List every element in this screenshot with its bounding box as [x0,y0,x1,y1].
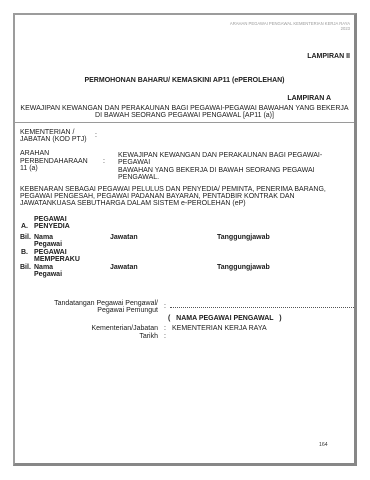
tarikh-label: Tarikh [15,333,158,340]
section-a-col-nama-line2: Pegawai [34,241,62,248]
watermark-line1: ARAHAN PEGAWAI PENGAWAL KEMENTERIAN KERJ… [230,21,350,26]
section-a-col-bil: Bil. [20,234,31,241]
section-a-letter: A. [21,223,28,230]
tarikh-colon: : [164,333,166,340]
signature-dotted-line [170,307,354,308]
section-b-letter: B. [21,249,28,256]
form-page: ARAHAN PEGAWAI PENGAWAL KEMENTERIAN KERJ… [13,13,357,466]
signature-label-line1: Tandatangan Pegawai Pengawal/ [15,300,158,307]
section-b-title-line2: MEMPERAKU [34,256,80,263]
section-divider-line [15,122,354,123]
lampiran-a-label: LAMPIRAN A [287,95,331,102]
page-number: 164 [319,442,328,448]
section-b-col-jawatan: Jawatan [110,264,138,271]
lampiran-ii-label: LAMPIRAN II [307,53,350,60]
arahan-label-line1: ARAHAN [20,150,88,158]
subtitle-line2: DI BAWAH SEORANG PEGAWAI PENGAWAL [AP11 … [15,112,354,120]
signature-name-caption: ( NAMA PEGAWAI PENGAWAL ) [168,315,282,322]
form-title: PERMOHONAN BAHARU/ KEMASKINI AP11 (ePERO… [15,77,354,84]
kementerian-sign-colon: : [164,325,166,332]
section-b-col-bil: Bil. [20,264,31,271]
arahan-value: KEWAJIPAN KEWANGAN DAN PERAKAUNAN BAGI P… [118,152,354,182]
watermark-line2: 2023 [230,26,350,31]
document-watermark: ARAHAN PEGAWAI PENGAWAL KEMENTERIAN KERJ… [230,21,350,32]
arahan-label-line2: PERBENDAHARAAN [20,158,88,166]
subtitle-line1: KEWAJIPAN KEWANGAN DAN PERAKAUNAN BAGI P… [15,105,354,113]
form-subtitle: KEWAJIPAN KEWANGAN DAN PERAKAUNAN BAGI P… [15,105,354,120]
section-b-col-nama-line2: Pegawai [34,271,62,278]
kementerian-jabatan-sign-label: Kementerian/Jabatan [15,325,158,332]
kebenaran-line1: KEBENARAN SEBAGAI PEGAWAI PELULUS DAN PE… [20,186,326,193]
signature-label-line2: Pegawai Pemungut [15,307,158,314]
arahan-perbendaharaan-label: ARAHAN PERBENDAHARAAN 11 (a) [20,150,88,173]
section-b-col-tanggungjawab: Tanggungjawab [217,264,270,271]
section-a-col-nama-line1: Nama [34,234,53,241]
section-a-col-tanggungjawab: Tanggungjawab [217,234,270,241]
arahan-value-line1: KEWAJIPAN KEWANGAN DAN PERAKAUNAN BAGI P… [118,152,354,167]
kebenaran-line3: JAWATANKUASA SEBUTHARGA DALAM SISTEM e-P… [20,200,326,207]
kementerian-colon: : [95,132,97,139]
arahan-label-line3: 11 (a) [20,165,88,173]
section-b-title-line1: PEGAWAI [34,249,67,256]
section-a-title-line1: PEGAWAI [34,216,67,223]
kementerian-sign-value: KEMENTERIAN KERJA RAYA [172,325,267,332]
kementerian-label-line1: KEMENTERIAN / [20,129,87,137]
arahan-colon: : [103,158,105,165]
arahan-value-line2: BAWAHAN YANG BEKERJA DI BAWAH SEORANG PE… [118,167,354,175]
kebenaran-paragraph: KEBENARAN SEBAGAI PEGAWAI PELULUS DAN PE… [20,186,326,208]
kebenaran-line2: PEGAWAI PENGESAH, PEGAWAI PADANAN BAYARA… [20,193,326,200]
document-page-background: { "watermark": { "line1": "ARAHAN PEGAWA… [0,0,370,480]
section-a-title-line2: PENYEDIA [34,223,70,230]
kementerian-label-line2: JABATAN (KOD PTJ) [20,136,87,144]
kementerian-jabatan-label: KEMENTERIAN / JABATAN (KOD PTJ) [20,129,87,144]
arahan-value-line3: PENGAWAL. [118,174,354,182]
section-a-col-jawatan: Jawatan [110,234,138,241]
section-b-col-nama-line1: Nama [34,264,53,271]
signature-colon: : [164,303,166,310]
